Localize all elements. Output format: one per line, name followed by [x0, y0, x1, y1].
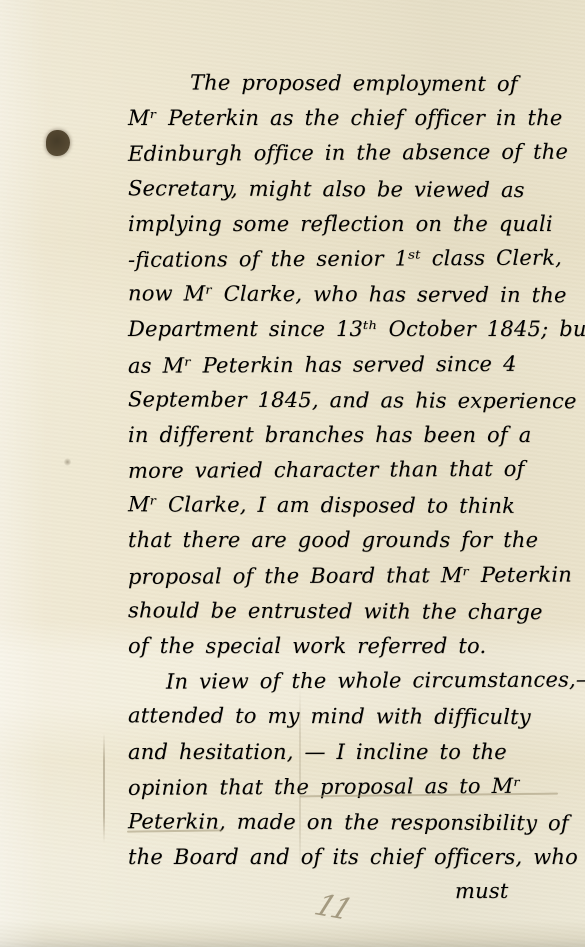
manuscript-line: in different branches has been of a — [0, 418, 585, 453]
manuscript-line: and hesitation, — I incline to the — [0, 735, 585, 770]
manuscript-line: -fications of the senior 1ˢᵗ class Clerk… — [0, 240, 585, 278]
manuscript-line: September 1845, and as his experience — [0, 381, 585, 419]
manuscript-line: Secretary, might also be viewed as — [0, 170, 585, 208]
manuscript-line: that there are good grounds for the — [0, 523, 585, 558]
manuscript-line: more varied character than that of — [0, 452, 585, 490]
manuscript-line: the Board and of its chief officers, who — [0, 840, 585, 875]
manuscript-line: implying some reflection on the quali — [0, 207, 585, 242]
manuscript-line: Peterkin, made on the responsibility of — [0, 804, 585, 842]
manuscript-line: must — [0, 874, 585, 912]
manuscript-line: of the special work referred to. — [0, 629, 585, 664]
manuscript-line: should be entrusted with the charge — [0, 593, 585, 631]
manuscript-text: The proposed employment ofMʳ Peterkin as… — [0, 66, 585, 911]
manuscript-line: opinion that the proposal as to Mʳ — [0, 768, 585, 806]
margin-crease-line — [103, 733, 105, 843]
manuscript-line: Department since 13ᵗʰ October 1845; but — [0, 312, 585, 347]
manuscript-line: as Mʳ Peterkin has served since 4 — [0, 346, 585, 384]
center-crease-line — [299, 688, 301, 873]
manuscript-line: proposal of the Board that Mʳ Peterkin — [0, 557, 585, 595]
manuscript-line: Mʳ Clarke, I am disposed to think — [0, 487, 585, 525]
manuscript-line: In view of the whole circumstances,— — [0, 663, 585, 701]
manuscript-line: now Mʳ Clarke, who has served in the — [0, 276, 585, 314]
manuscript-line: attended to my mind with difficulty — [0, 698, 585, 736]
manuscript-page: The proposed employment ofMʳ Peterkin as… — [0, 0, 585, 947]
manuscript-line: Mʳ Peterkin as the chief officer in the — [0, 101, 585, 136]
manuscript-line: Edinburgh office in the absence of the — [0, 135, 585, 173]
manuscript-line: The proposed employment of — [0, 65, 585, 103]
